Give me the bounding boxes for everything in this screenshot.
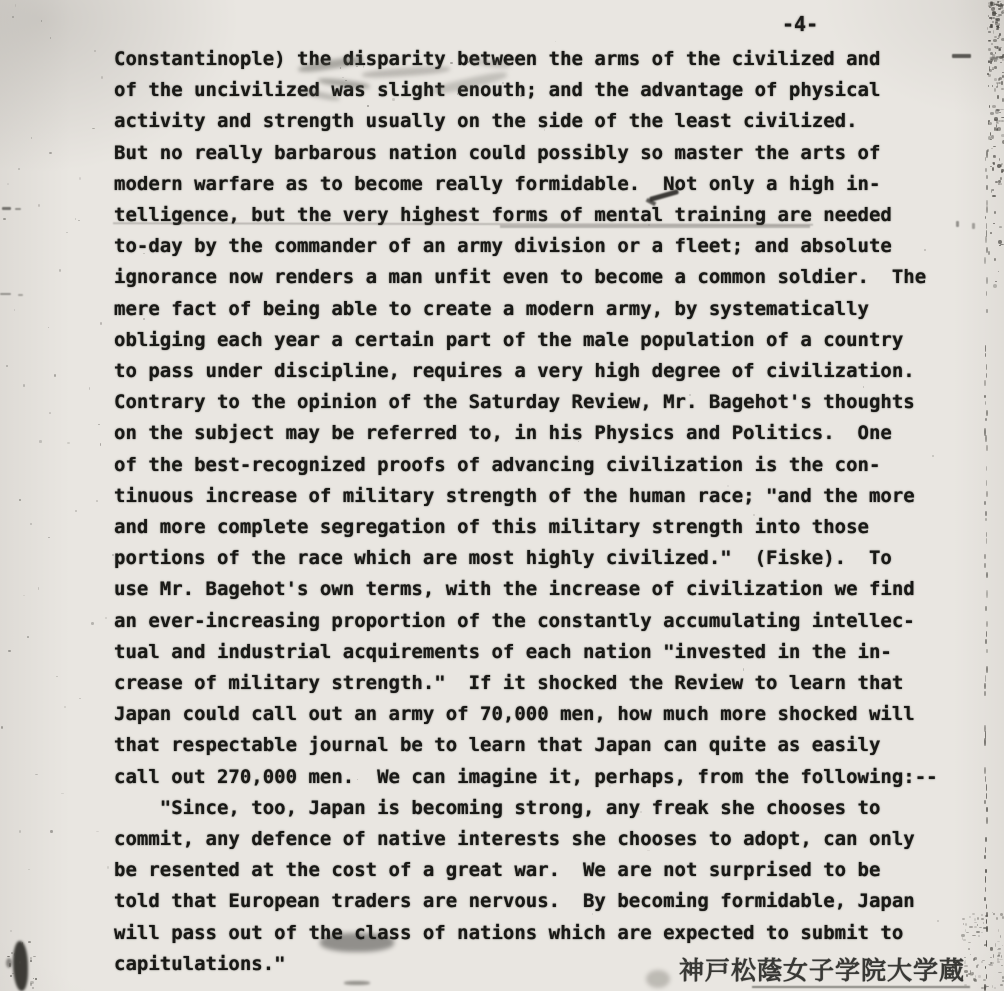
typewritten-line: to pass under discipline, requires a ver… — [114, 356, 974, 387]
typewritten-line: crease of military strength." If it shoc… — [114, 668, 974, 699]
margin-dash-mark — [972, 223, 975, 229]
typewritten-line: be resented at the cost of a great war. … — [114, 855, 974, 886]
page-number: -4- — [782, 12, 818, 36]
margin-dash-mark — [15, 208, 21, 210]
typewritten-line: Constantinople) the disparity between th… — [114, 44, 974, 75]
typewritten-line: "Since, too, Japan is becoming strong, a… — [114, 793, 974, 824]
typewritten-line: and more complete segregation of this mi… — [114, 512, 974, 543]
typewritten-line: Japan could call out an army of 70,000 m… — [114, 699, 974, 730]
scanned-document-page: -4- Constantinople) the disparity betwee… — [0, 0, 1004, 991]
typewritten-line: to-day by the commander of an army divis… — [114, 231, 974, 262]
typewritten-text-block: Constantinople) the disparity between th… — [114, 44, 974, 980]
library-stamp: 神戸松蔭女子学院大学蔵 — [679, 951, 965, 987]
margin-dash-mark — [18, 294, 23, 296]
typewritten-line: activity and strength usually on the sid… — [114, 106, 974, 137]
margin-dash-mark — [956, 221, 959, 227]
typewritten-line: modern warfare as to become really formi… — [114, 169, 974, 200]
typewritten-line: tual and industrial acquirements of each… — [114, 637, 974, 668]
typewritten-line: told that European traders are nervous. … — [114, 886, 974, 917]
ink-smudge-small — [344, 981, 370, 985]
typewritten-line: use Mr. Bagehot's own terms, with the in… — [114, 574, 974, 605]
ink-blob-bottom-left — [6, 958, 12, 968]
typewritten-line: call out 270,000 men. We can imagine it,… — [114, 762, 974, 793]
typewritten-line: of the best-recognized proofs of advanci… — [114, 450, 974, 481]
typewritten-line: obliging each year a certain part of the… — [114, 325, 974, 356]
margin-dash-mark — [0, 293, 11, 295]
margin-dash-mark — [990, 57, 998, 60]
typewritten-line: But no really barbarous nation could pos… — [114, 138, 974, 169]
typewritten-line: of the uncivilized was slight enouth; an… — [114, 75, 974, 106]
margin-dash-mark — [2, 207, 11, 210]
ink-smudge-overtyped-word — [320, 933, 394, 952]
page-edge-line — [752, 986, 970, 988]
smudge-near-stamp — [646, 970, 670, 988]
typewritten-line: tinuous increase of military strength of… — [114, 481, 974, 512]
typewritten-line: an ever-increasing proportion of the con… — [114, 606, 974, 637]
ink-blob-bottom-left — [13, 941, 28, 991]
margin-dash-mark — [952, 54, 971, 58]
typewritten-line: Contrary to the opinion of the Saturday … — [114, 387, 974, 418]
typewritten-line: on the subject may be referred to, in hi… — [114, 418, 974, 449]
typewritten-line: mere fact of being able to create a mode… — [114, 294, 974, 325]
scratch-line — [500, 225, 810, 228]
typewritten-line: that respectable journal be to learn tha… — [114, 730, 974, 761]
typewritten-line: ignorance now renders a man unfit even t… — [114, 262, 974, 293]
typewritten-line: commit, any defence of native interests … — [114, 824, 974, 855]
typewritten-line: will pass out of the class of nations wh… — [114, 918, 974, 949]
typewritten-line: portions of the race which are most high… — [114, 543, 974, 574]
